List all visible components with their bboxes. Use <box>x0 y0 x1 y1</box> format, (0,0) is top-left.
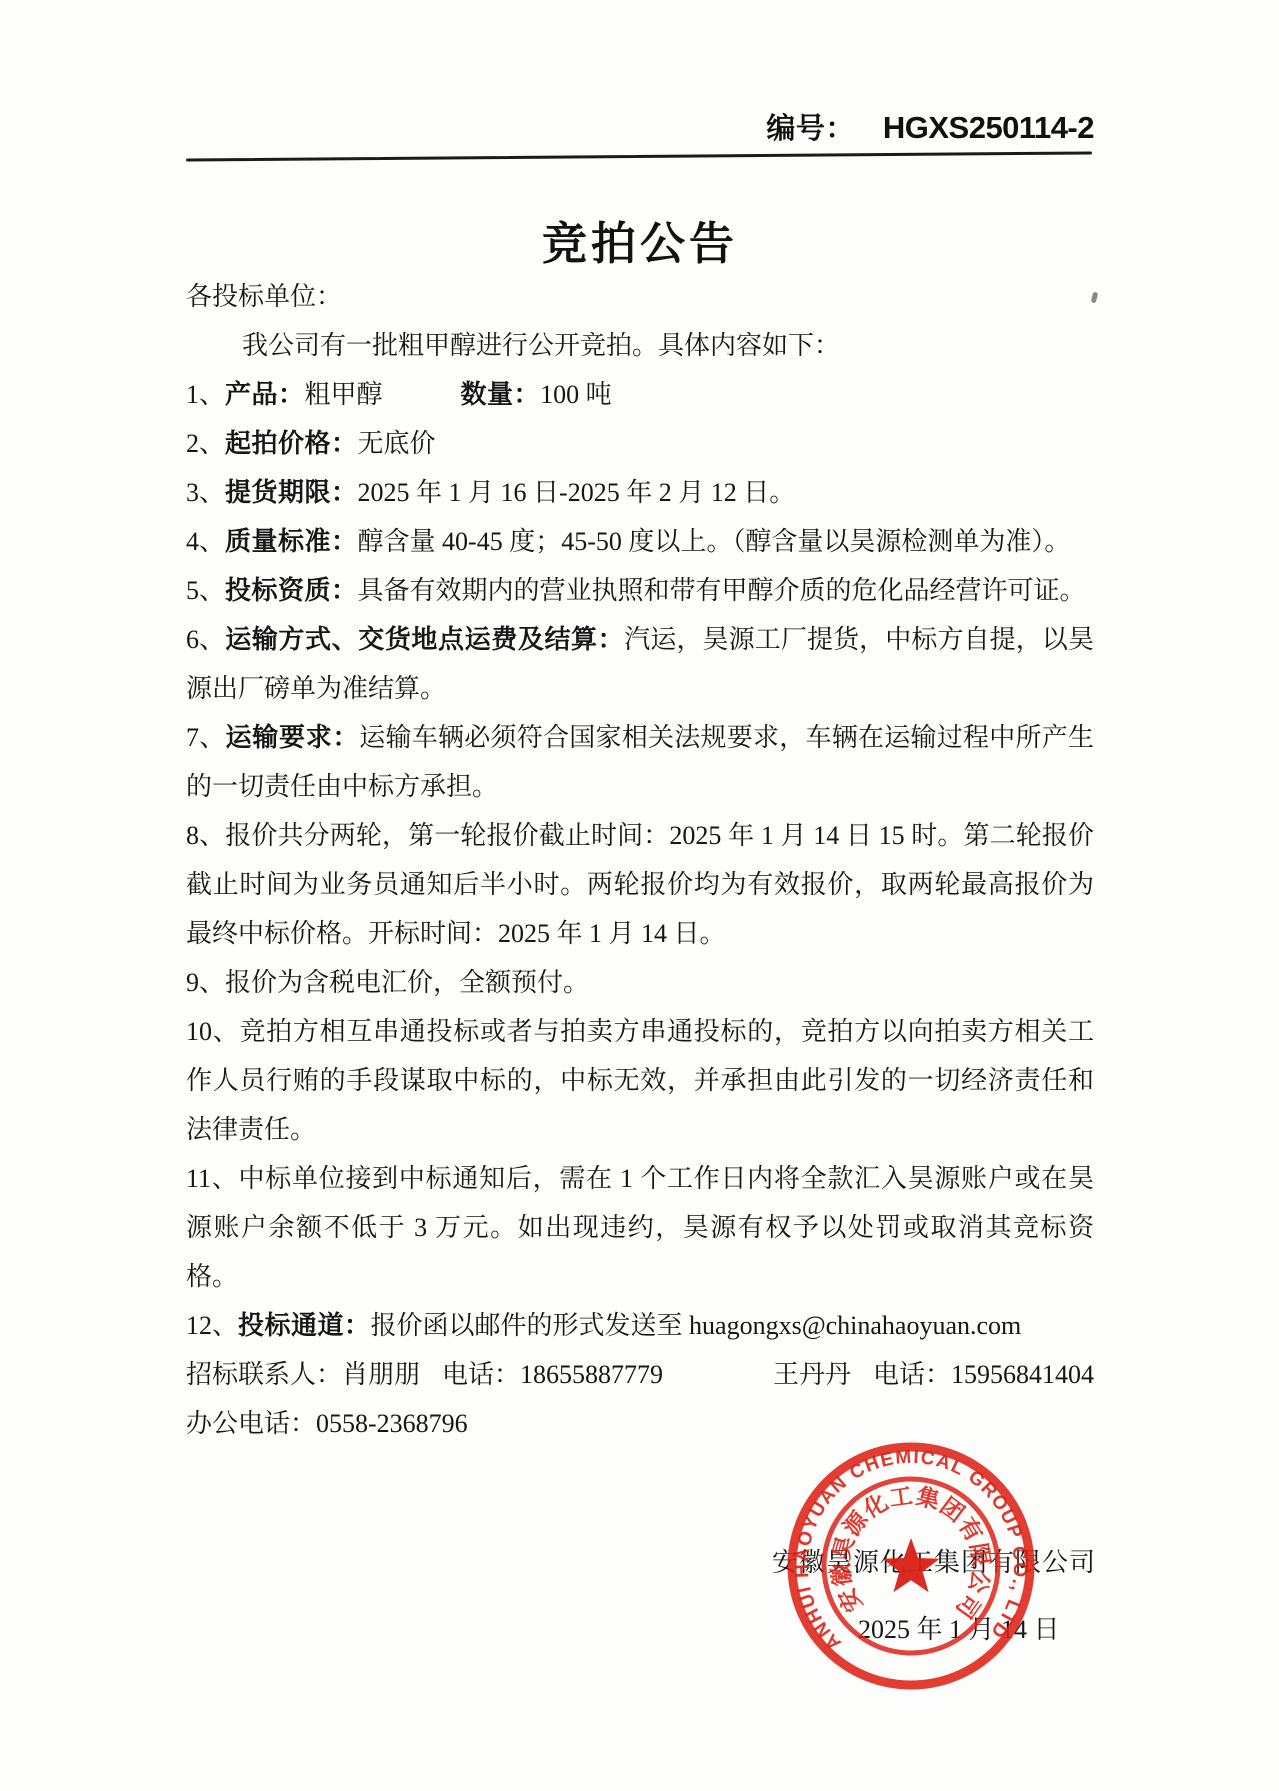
item-number: 2、 <box>186 429 225 458</box>
item-value: 报价函以邮件的形式发送至 huagongxs@chinahaoyuan.com <box>371 1311 1022 1340</box>
list-item-5: 5、投标资质：具备有效期内的营业执照和带有甲醇介质的危化品经营许可证。 <box>186 566 1094 615</box>
doc-number-value: HGXS250114-2 <box>883 110 1094 145</box>
page-title: 竞拍公告 <box>186 207 1094 272</box>
item-number: 4、 <box>186 527 225 556</box>
intro-paragraph: 我公司有一批粗甲醇进行公开竞拍。具体内容如下： <box>186 321 1094 370</box>
lead-contact: 招标联系人：肖朋朋电话：18655887779 <box>186 1350 663 1399</box>
list-item-10: 10、竞拍方相互串通投标或者与拍卖方串通投标的，竞拍方以向拍卖方相关工作人员行贿… <box>186 1007 1094 1154</box>
header-divider-line <box>186 151 1092 161</box>
scanned-document-page: 编号：HGXS250114-2 竞拍公告 各投标单位： 我公司有一批粗甲醇进行公… <box>0 0 1279 1791</box>
item-label: 提货期限： <box>225 477 358 507</box>
item-label: 质量标准： <box>225 526 358 556</box>
list-item-11: 11、中标单位接到中标通知后，需在 1 个工作日内将全款汇入昊源账户或在昊源账户… <box>186 1154 1094 1301</box>
list-item-8: 8、报价共分两轮，第一轮报价截止时间：2025 年 1 月 14 日 15 时。… <box>186 811 1094 958</box>
item-number: 11、 <box>186 1164 239 1193</box>
item-label: 产品： <box>225 379 305 409</box>
item-value: 无底价 <box>358 429 436 458</box>
seal-star-icon <box>883 1538 940 1592</box>
list-item-2: 2、起拍价格：无底价 <box>186 419 1094 468</box>
item-label-2: 数量： <box>461 379 541 409</box>
list-item-3: 3、提货期限：2025 年 1 月 16 日-2025 年 2 月 12 日。 <box>186 468 1094 517</box>
list-item-9: 9、报价为含税电汇价，全额预付。 <box>186 958 1094 1007</box>
document-body: 各投标单位： 我公司有一批粗甲醇进行公开竞拍。具体内容如下： 1、产品：粗甲醇数… <box>186 272 1094 1448</box>
item-value-2: 100 吨 <box>540 380 612 409</box>
second-contact-phone: 电话：15956841404 <box>873 1360 1094 1389</box>
lead-contact-phone: 电话：18655887779 <box>442 1360 663 1389</box>
item-label: 运输要求： <box>226 722 360 752</box>
item-value: 报价共分两轮，第一轮报价截止时间：2025 年 1 月 14 日 15 时。第二… <box>186 821 1094 948</box>
item-number: 12、 <box>186 1311 238 1340</box>
item-number: 10、 <box>186 1017 239 1046</box>
doc-number-line: 编号：HGXS250114-2 <box>186 106 1094 147</box>
list-item-1: 1、产品：粗甲醇数量：100 吨 <box>186 370 1094 419</box>
item-number: 8、 <box>186 821 225 850</box>
salutation: 各投标单位： <box>186 272 1094 321</box>
item-number: 9、 <box>186 968 225 997</box>
item-number: 5、 <box>186 576 225 605</box>
item-number: 6、 <box>186 625 225 654</box>
item-value: 中标单位接到中标通知后，需在 1 个工作日内将全款汇入昊源账户或在昊源账户余额不… <box>186 1164 1094 1291</box>
list-item-7: 7、运输要求：运输车辆必须符合国家相关法规要求，车辆在运输过程中所产生的一切责任… <box>186 713 1094 811</box>
doc-number-label: 编号： <box>766 113 855 145</box>
lead-contact-name: 招标联系人：肖朋朋 <box>186 1360 420 1389</box>
item-value: 报价为含税电汇价，全额预付。 <box>225 968 589 997</box>
item-value: 粗甲醇 <box>305 380 383 409</box>
list-item-12: 12、投标通道：报价函以邮件的形式发送至 huagongxs@chinahaoy… <box>186 1301 1094 1350</box>
item-value: 具备有效期内的营业执照和带有甲醇介质的危化品经营许可证。 <box>358 576 1086 605</box>
contact-line: 招标联系人：肖朋朋电话：18655887779 王丹丹电话：1595684140… <box>186 1350 1094 1399</box>
item-label: 运输方式、交货地点运费及结算： <box>225 624 624 654</box>
item-number: 7、 <box>186 723 226 752</box>
item-label: 投标资质： <box>225 575 358 605</box>
company-seal-stamp: ANHUI HAOYUAN CHEMICAL GROUP CO., LTD 安徽… <box>761 1416 1061 1716</box>
item-number: 3、 <box>186 478 225 507</box>
item-value: 醇含量 40-45 度；45-50 度以上。（醇含量以昊源检测单为准）。 <box>358 527 1071 556</box>
item-value: 2025 年 1 月 16 日-2025 年 2 月 12 日。 <box>358 478 796 507</box>
item-value: 竞拍方相互串通投标或者与拍卖方串通投标的，竞拍方以向拍卖方相关工作人员行贿的手段… <box>186 1017 1094 1144</box>
item-number: 1、 <box>186 380 225 409</box>
second-contact: 王丹丹电话：15956841404 <box>773 1350 1094 1399</box>
list-item-6: 6、运输方式、交货地点运费及结算：汽运，昊源工厂提货，中标方自提，以昊源出厂磅单… <box>186 615 1094 713</box>
item-label: 投标通道： <box>238 1310 371 1340</box>
second-contact-name: 王丹丹 <box>773 1360 851 1389</box>
item-label: 起拍价格： <box>225 428 358 458</box>
list-item-4: 4、质量标准：醇含量 40-45 度；45-50 度以上。（醇含量以昊源检测单为… <box>186 517 1094 566</box>
